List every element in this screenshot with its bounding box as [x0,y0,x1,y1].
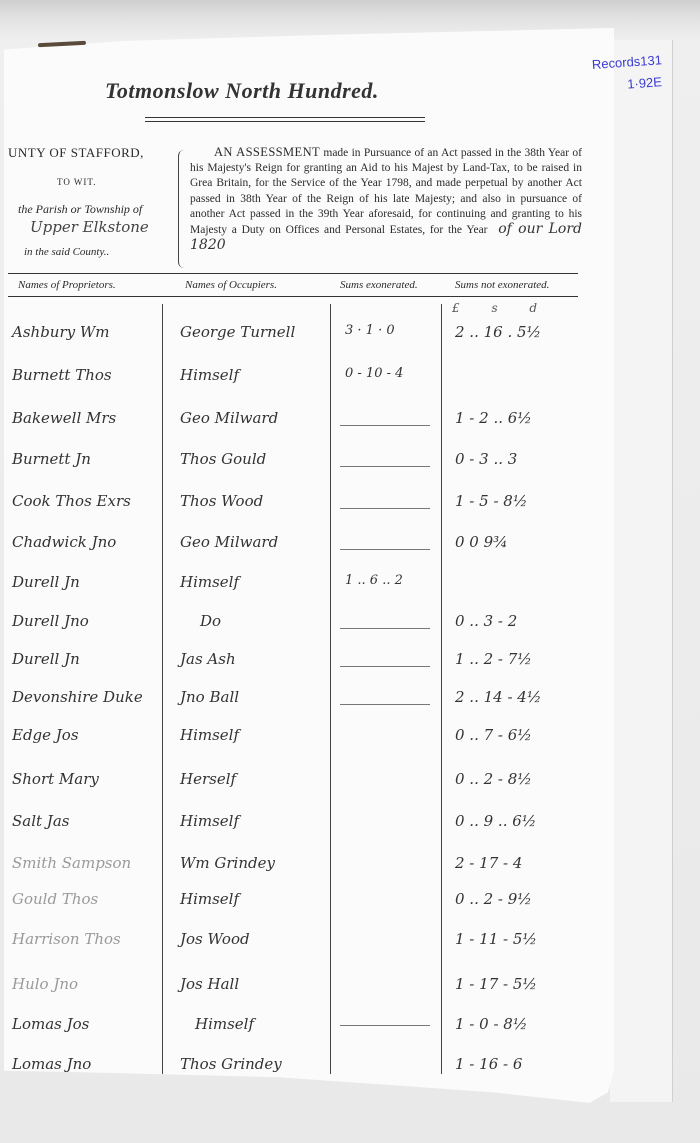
proprietor-cell: Salt Jas [12,812,69,830]
occupier-cell: Himself [180,726,239,744]
occupier-cell: Himself [180,890,239,908]
proprietor-cell: Lomas Jos [12,1015,89,1033]
column-header-proprietors: Names of Proprietors. [18,279,116,291]
occupier-cell: Do [200,612,221,630]
exonerated-cell: 3 · 1 · 0 [345,323,395,338]
column-header-not-exonerated: Sums not exonerated. [455,279,549,291]
column-header-occupiers: Names of Occupiers. [185,279,277,291]
nil-dash [340,1025,430,1026]
occupier-cell: Wm Grindey [180,854,275,872]
occupier-cell: Himself [180,812,239,830]
table-row: Short Mary Herself 0 .. 2 - 8½ [0,770,600,804]
header-rule-bottom [8,296,578,297]
occupier-cell: Thos Grindey [180,1055,282,1073]
occupier-cell: Jas Ash [180,650,236,668]
occupier-cell: Himself [195,1015,254,1033]
column-header-exonerated: Sums exonerated. [340,279,418,291]
table-row: Lomas Jos Himself 1 - 0 - 8½ [0,1015,600,1049]
occupier-cell: George Turnell [180,323,295,341]
assessment-lead: AN ASSESSMENT [190,145,320,159]
table-row: Burnett Jn Thos Gould 0 - 3 .. 3 [0,450,600,484]
nil-dash [340,508,430,509]
table-row: Devonshire Duke Jno Ball 2 .. 14 - 4½ [0,688,600,722]
occupier-cell: Thos Gould [180,450,266,468]
not-exonerated-cell: 2 .. 14 - 4½ [455,688,541,706]
not-exonerated-cell: 1 - 11 - 5½ [455,930,537,948]
not-exonerated-cell: 1 - 16 - 6 [455,1055,522,1073]
occupier-cell: Jos Hall [180,975,239,993]
county-label: UNTY OF STAFFORD, [8,145,144,161]
underlying-page-edge [610,40,673,1102]
parish-label: the Parish or Township of [18,202,142,217]
not-exonerated-cell: 1 - 17 - 5½ [455,975,537,993]
proprietor-cell: Hulo Jno [12,975,78,993]
assessment-preamble: AN ASSESSMENT made in Pursuance of an Ac… [190,145,582,254]
currency-header: £ s d [452,301,537,315]
proprietor-cell: Burnett Jn [12,450,91,468]
to-wit-label: TO WIT. [57,177,97,187]
not-exonerated-cell: 1 - 5 - 8½ [455,492,527,510]
table-row: Burnett Thos Himself 0 - 10 - 4 [0,366,600,400]
occupier-cell: Herself [180,770,236,788]
occupier-cell: Jno Ball [180,688,239,706]
proprietor-cell: Chadwick Jno [12,533,116,551]
nil-dash [340,466,430,467]
proprietor-cell: Durell Jn [12,650,80,668]
not-exonerated-cell: 2 .. 16 . 5½ [455,323,541,341]
occupier-cell: Thos Wood [180,492,263,510]
not-exonerated-cell: 2 - 17 - 4 [455,854,522,872]
parish-name: Upper Elkstone [30,218,149,236]
proprietor-cell: Bakewell Mrs [12,409,116,427]
said-county-label: in the said County.. [24,246,109,258]
nil-dash [340,425,430,426]
table-row: Bakewell Mrs Geo Milward 1 - 2 .. 6½ [0,409,600,443]
proprietor-cell: Burnett Thos [12,366,112,384]
not-exonerated-cell: 1 .. 2 - 7½ [455,650,532,668]
table-row: Smith Sampson Wm Grindey 2 - 17 - 4 [0,854,600,888]
table-row: Hulo Jno Jos Hall 1 - 17 - 5½ [0,975,600,1009]
not-exonerated-cell: 1 - 2 .. 6½ [455,409,532,427]
nil-dash [340,549,430,550]
proprietor-cell: Gould Thos [12,890,98,908]
table-row: Harrison Thos Jos Wood 1 - 11 - 5½ [0,930,600,964]
occupier-cell: Himself [180,366,239,384]
table-row: Salt Jas Himself 0 .. 9 .. 6½ [0,812,600,846]
not-exonerated-cell: 0 0 9¾ [455,533,508,551]
not-exonerated-cell: 0 .. 3 - 2 [455,612,517,630]
not-exonerated-cell: 0 .. 7 - 6½ [455,726,532,744]
proprietor-cell: Short Mary [12,770,99,788]
table-row: Durell Jn Jas Ash 1 .. 2 - 7½ [0,650,600,684]
document-title: Totmonslow North Hundred. [105,78,379,104]
proprietor-cell: Edge Jos [12,726,79,744]
proprietor-cell: Smith Sampson [12,854,131,872]
nil-dash [340,628,430,629]
occupier-cell: Geo Milward [180,409,278,427]
exonerated-cell: 0 - 10 - 4 [345,366,403,381]
proprietor-cell: Durell Jno [12,612,89,630]
occupier-cell: Himself [180,573,239,591]
nil-dash [340,666,430,667]
archive-reference-stamp: Records131 1·92E [582,52,662,96]
table-row: Cook Thos Exrs Thos Wood 1 - 5 - 8½ [0,492,600,526]
table-row: Gould Thos Himself 0 .. 2 - 9½ [0,890,600,924]
table-row: Chadwick Jno Geo Milward 0 0 9¾ [0,533,600,567]
not-exonerated-cell: 0 .. 2 - 8½ [455,770,532,788]
table-row: Durell Jn Himself 1 .. 6 .. 2 [0,573,600,607]
table-row: Ashbury Wm George Turnell 3 · 1 · 0 2 ..… [0,323,600,357]
table-row: Lomas Jno Thos Grindey 1 - 16 - 6 [0,1055,600,1089]
nil-dash [340,704,430,705]
occupier-cell: Jos Wood [180,930,250,948]
proprietor-cell: Durell Jn [12,573,80,591]
table-row: Durell Jno Do 0 .. 3 - 2 [0,612,600,646]
table-row: Edge Jos Himself 0 .. 7 - 6½ [0,726,600,760]
title-underline [145,117,425,122]
header-rule-top [8,273,578,274]
exonerated-cell: 1 .. 6 .. 2 [345,573,403,588]
proprietor-cell: Devonshire Duke [12,688,143,706]
not-exonerated-cell: 1 - 0 - 8½ [455,1015,527,1033]
not-exonerated-cell: 0 .. 9 .. 6½ [455,812,536,830]
proprietor-cell: Lomas Jno [12,1055,91,1073]
brace [178,150,185,268]
not-exonerated-cell: 0 .. 2 - 9½ [455,890,532,908]
stamp-line-2: 1·92E [581,71,662,99]
proprietor-cell: Ashbury Wm [12,323,110,341]
not-exonerated-cell: 0 - 3 .. 3 [455,450,517,468]
proprietor-cell: Cook Thos Exrs [12,492,131,510]
occupier-cell: Geo Milward [180,533,278,551]
proprietor-cell: Harrison Thos [12,930,121,948]
